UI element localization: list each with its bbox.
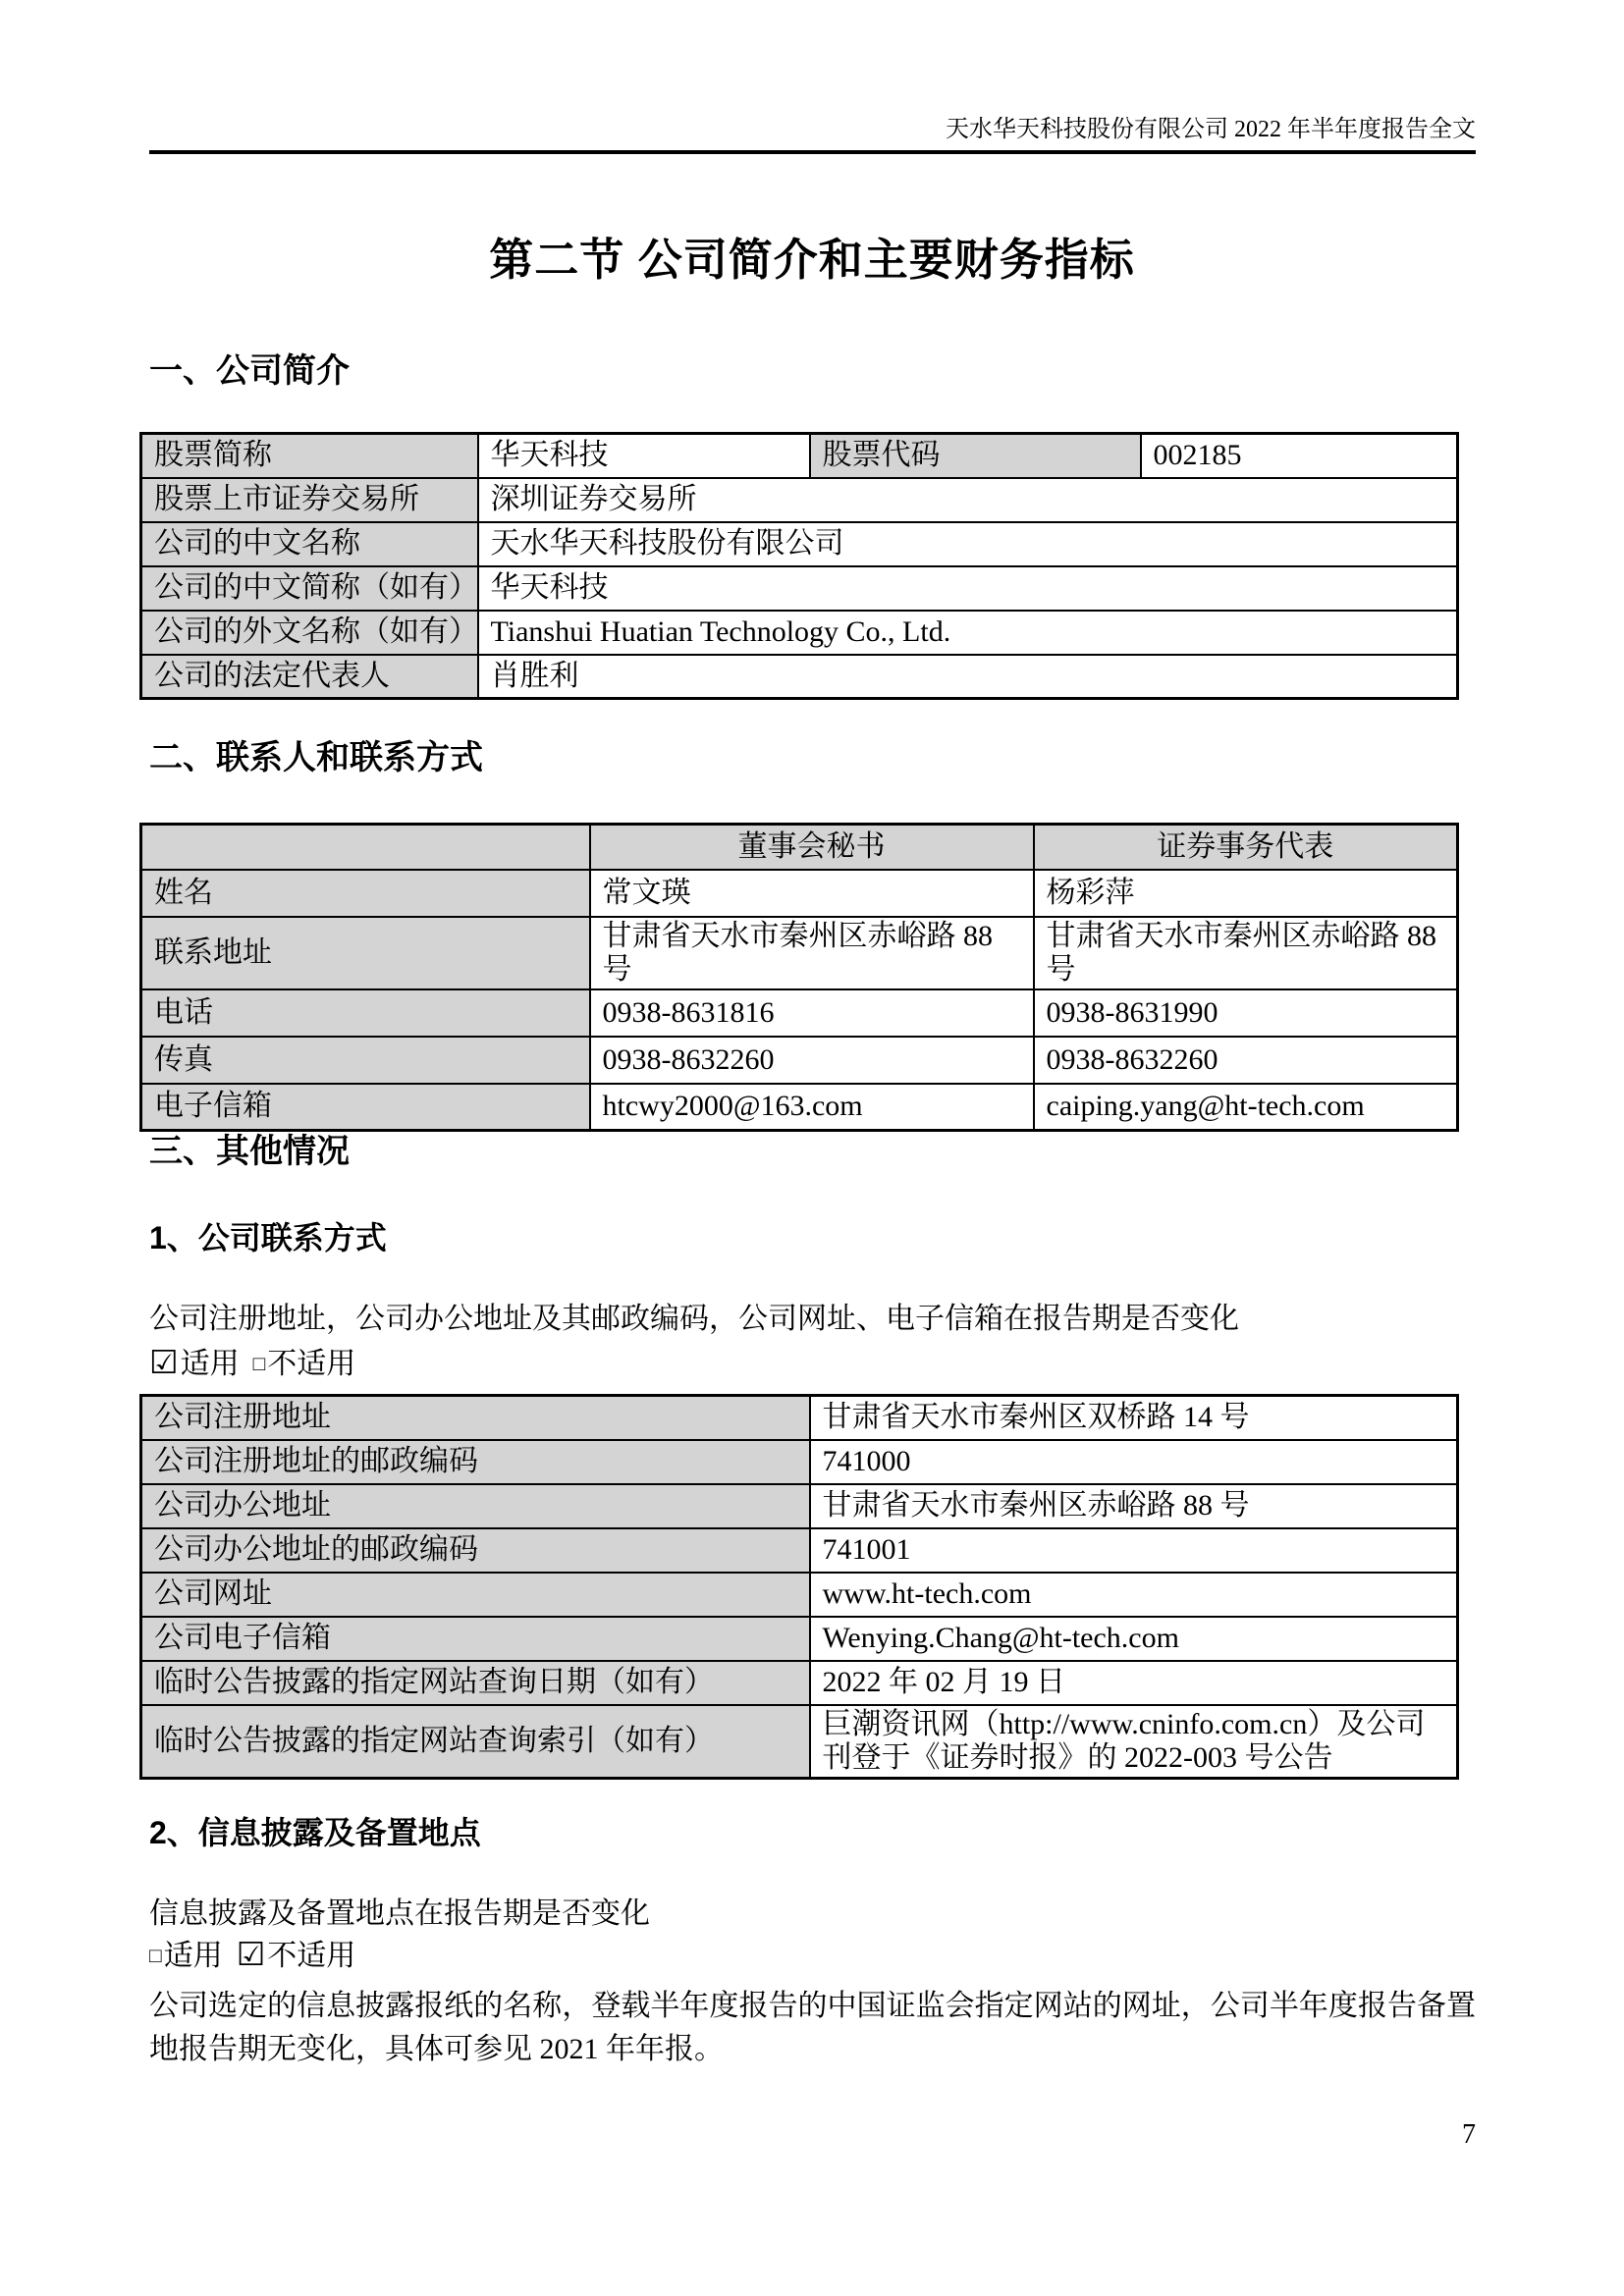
row-value: Wenying.Chang@ht-tech.com (810, 1617, 1458, 1661)
row-label: 股票上市证券交易所 (141, 478, 478, 522)
row-value: 甘肃省天水市秦州区双桥路 14 号 (810, 1396, 1458, 1440)
table-row: 股票简称 华天科技 股票代码 002185 (141, 434, 1458, 478)
row-value: 002185 (1141, 434, 1458, 478)
row-value: 华天科技 (478, 566, 1458, 611)
table-row: 临时公告披露的指定网站查询日期（如有） 2022 年 02 月 19 日 (141, 1661, 1458, 1705)
page-number: 7 (1327, 2118, 1476, 2152)
report-page: 天水华天科技股份有限公司 2022 年半年度报告全文 第二节 公司简介和主要财务… (0, 0, 1624, 2296)
table-row: 公司的中文名称 天水华天科技股份有限公司 (141, 522, 1458, 566)
section-heading-company-profile: 一、公司简介 (149, 351, 350, 391)
applicable-label: 适用 (181, 1348, 240, 1380)
table-row: 公司的法定代表人 肖胜利 (141, 655, 1458, 699)
table-row: 传真 0938-8632260 0938-8632260 (141, 1037, 1458, 1084)
column-header-representative: 证券事务代表 (1034, 825, 1458, 870)
row-label: 临时公告披露的指定网站查询索引（如有） (141, 1705, 810, 1779)
subsection-heading-disclosure: 2、信息披露及备置地点 (149, 1814, 481, 1851)
row-label: 公司注册地址 (141, 1396, 810, 1440)
row-value: www.ht-tech.com (810, 1573, 1458, 1617)
table-row: 公司注册地址的邮政编码 741000 (141, 1440, 1458, 1484)
row-value: 0938-8632260 (590, 1037, 1034, 1084)
company-profile-table: 股票简称 华天科技 股票代码 002185 股票上市证券交易所 深圳证券交易所 … (139, 432, 1459, 700)
row-value: Tianshui Huatian Technology Co., Ltd. (478, 611, 1458, 655)
row-label: 电子信箱 (141, 1084, 590, 1131)
row-value: 甘肃省天水市秦州区赤峪路 88 号 (590, 917, 1034, 989)
row-label: 联系地址 (141, 917, 590, 989)
subsection-heading-contact-info: 1、公司联系方式 (149, 1219, 387, 1256)
row-value: 甘肃省天水市秦州区赤峪路 88 号 (810, 1484, 1458, 1528)
table-row: 电话 0938-8631816 0938-8631990 (141, 989, 1458, 1037)
table-row: 公司网址 www.ht-tech.com (141, 1573, 1458, 1617)
table-header-row: 董事会秘书 证券事务代表 (141, 825, 1458, 870)
unchecked-checkbox-icon: □ (253, 1352, 266, 1375)
row-value: 深圳证券交易所 (478, 478, 1458, 522)
unchecked-checkbox-icon: □ (149, 1944, 162, 1967)
row-label: 公司办公地址 (141, 1484, 810, 1528)
row-value: 肖胜利 (478, 655, 1458, 699)
running-header: 天水华天科技股份有限公司 2022 年半年度报告全文 (149, 114, 1476, 145)
chapter-title: 第二节 公司简介和主要财务指标 (0, 236, 1624, 285)
table-row: 电子信箱 htcwy2000@163.com caiping.yang@ht-t… (141, 1084, 1458, 1131)
row-value: 甘肃省天水市秦州区赤峪路 88 号 (1034, 917, 1458, 989)
row-label: 公司的法定代表人 (141, 655, 478, 699)
row-label: 传真 (141, 1037, 590, 1084)
row-value: htcwy2000@163.com (590, 1084, 1034, 1131)
table-row: 临时公告披露的指定网站查询索引（如有） 巨潮资讯网（http://www.cni… (141, 1705, 1458, 1779)
row-label: 电话 (141, 989, 590, 1037)
row-value: 华天科技 (478, 434, 810, 478)
contact-details-table: 公司注册地址 甘肃省天水市秦州区双桥路 14 号 公司注册地址的邮政编码 741… (139, 1394, 1459, 1780)
table-row: 联系地址 甘肃省天水市秦州区赤峪路 88 号 甘肃省天水市秦州区赤峪路 88 号 (141, 917, 1458, 989)
row-value: 杨彩萍 (1034, 870, 1458, 917)
section-heading-other: 三、其他情况 (149, 1132, 350, 1171)
row-value: 2022 年 02 月 19 日 (810, 1661, 1458, 1705)
section-heading-contacts: 二、联系人和联系方式 (149, 738, 483, 777)
row-label: 姓名 (141, 870, 590, 917)
table-row: 公司办公地址的邮政编码 741001 (141, 1528, 1458, 1573)
row-label: 公司办公地址的邮政编码 (141, 1528, 810, 1573)
column-header-empty (141, 825, 590, 870)
applicability-line: ☑适用□不适用 (149, 1345, 355, 1385)
row-value: 0938-8632260 (1034, 1037, 1458, 1084)
applicable-label: 适用 (164, 1940, 223, 1972)
row-label: 公司网址 (141, 1573, 810, 1617)
row-label: 公司的中文名称 (141, 522, 478, 566)
applicability-line: □适用☑不适用 (149, 1937, 355, 1977)
row-value: 0938-8631990 (1034, 989, 1458, 1037)
table-row: 股票上市证券交易所 深圳证券交易所 (141, 478, 1458, 522)
table-row: 公司的外文名称（如有） Tianshui Huatian Technology … (141, 611, 1458, 655)
row-value: 0938-8631816 (590, 989, 1034, 1037)
row-value: caiping.yang@ht-tech.com (1034, 1084, 1458, 1131)
row-label: 公司注册地址的邮政编码 (141, 1440, 810, 1484)
checked-checkbox-icon: ☑ (237, 1938, 266, 1973)
checked-checkbox-icon: ☑ (149, 1346, 179, 1381)
disclosure-question: 信息披露及备置地点在报告期是否变化 (149, 1893, 1476, 1936)
header-rule (149, 150, 1476, 154)
table-row: 公司注册地址 甘肃省天水市秦州区双桥路 14 号 (141, 1396, 1458, 1440)
contacts-table: 董事会秘书 证券事务代表 姓名 常文瑛 杨彩萍 联系地址 甘肃省天水市秦州区赤峪… (139, 823, 1459, 1132)
table-row: 公司办公地址 甘肃省天水市秦州区赤峪路 88 号 (141, 1484, 1458, 1528)
table-row: 姓名 常文瑛 杨彩萍 (141, 870, 1458, 917)
contact-info-question: 公司注册地址，公司办公地址及其邮政编码，公司网址、电子信箱在报告期是否变化 (149, 1298, 1476, 1341)
row-label: 股票简称 (141, 434, 478, 478)
disclosure-note: 公司选定的信息披露报纸的名称，登载半年度报告的中国证监会指定网站的网址，公司半年… (149, 1985, 1476, 2071)
row-value: 巨潮资讯网（http://www.cninfo.com.cn）及公司刊登于《证券… (810, 1705, 1458, 1779)
row-value: 741000 (810, 1440, 1458, 1484)
not-applicable-label: 不适用 (267, 1940, 355, 1972)
row-value: 常文瑛 (590, 870, 1034, 917)
row-label: 公司的中文简称（如有） (141, 566, 478, 611)
table-row: 公司电子信箱 Wenying.Chang@ht-tech.com (141, 1617, 1458, 1661)
not-applicable-label: 不适用 (267, 1348, 355, 1380)
column-header-secretary: 董事会秘书 (590, 825, 1034, 870)
row-label: 公司电子信箱 (141, 1617, 810, 1661)
table-row: 公司的中文简称（如有） 华天科技 (141, 566, 1458, 611)
row-label: 临时公告披露的指定网站查询日期（如有） (141, 1661, 810, 1705)
row-label: 股票代码 (810, 434, 1141, 478)
row-label: 公司的外文名称（如有） (141, 611, 478, 655)
row-value: 741001 (810, 1528, 1458, 1573)
row-value: 天水华天科技股份有限公司 (478, 522, 1458, 566)
